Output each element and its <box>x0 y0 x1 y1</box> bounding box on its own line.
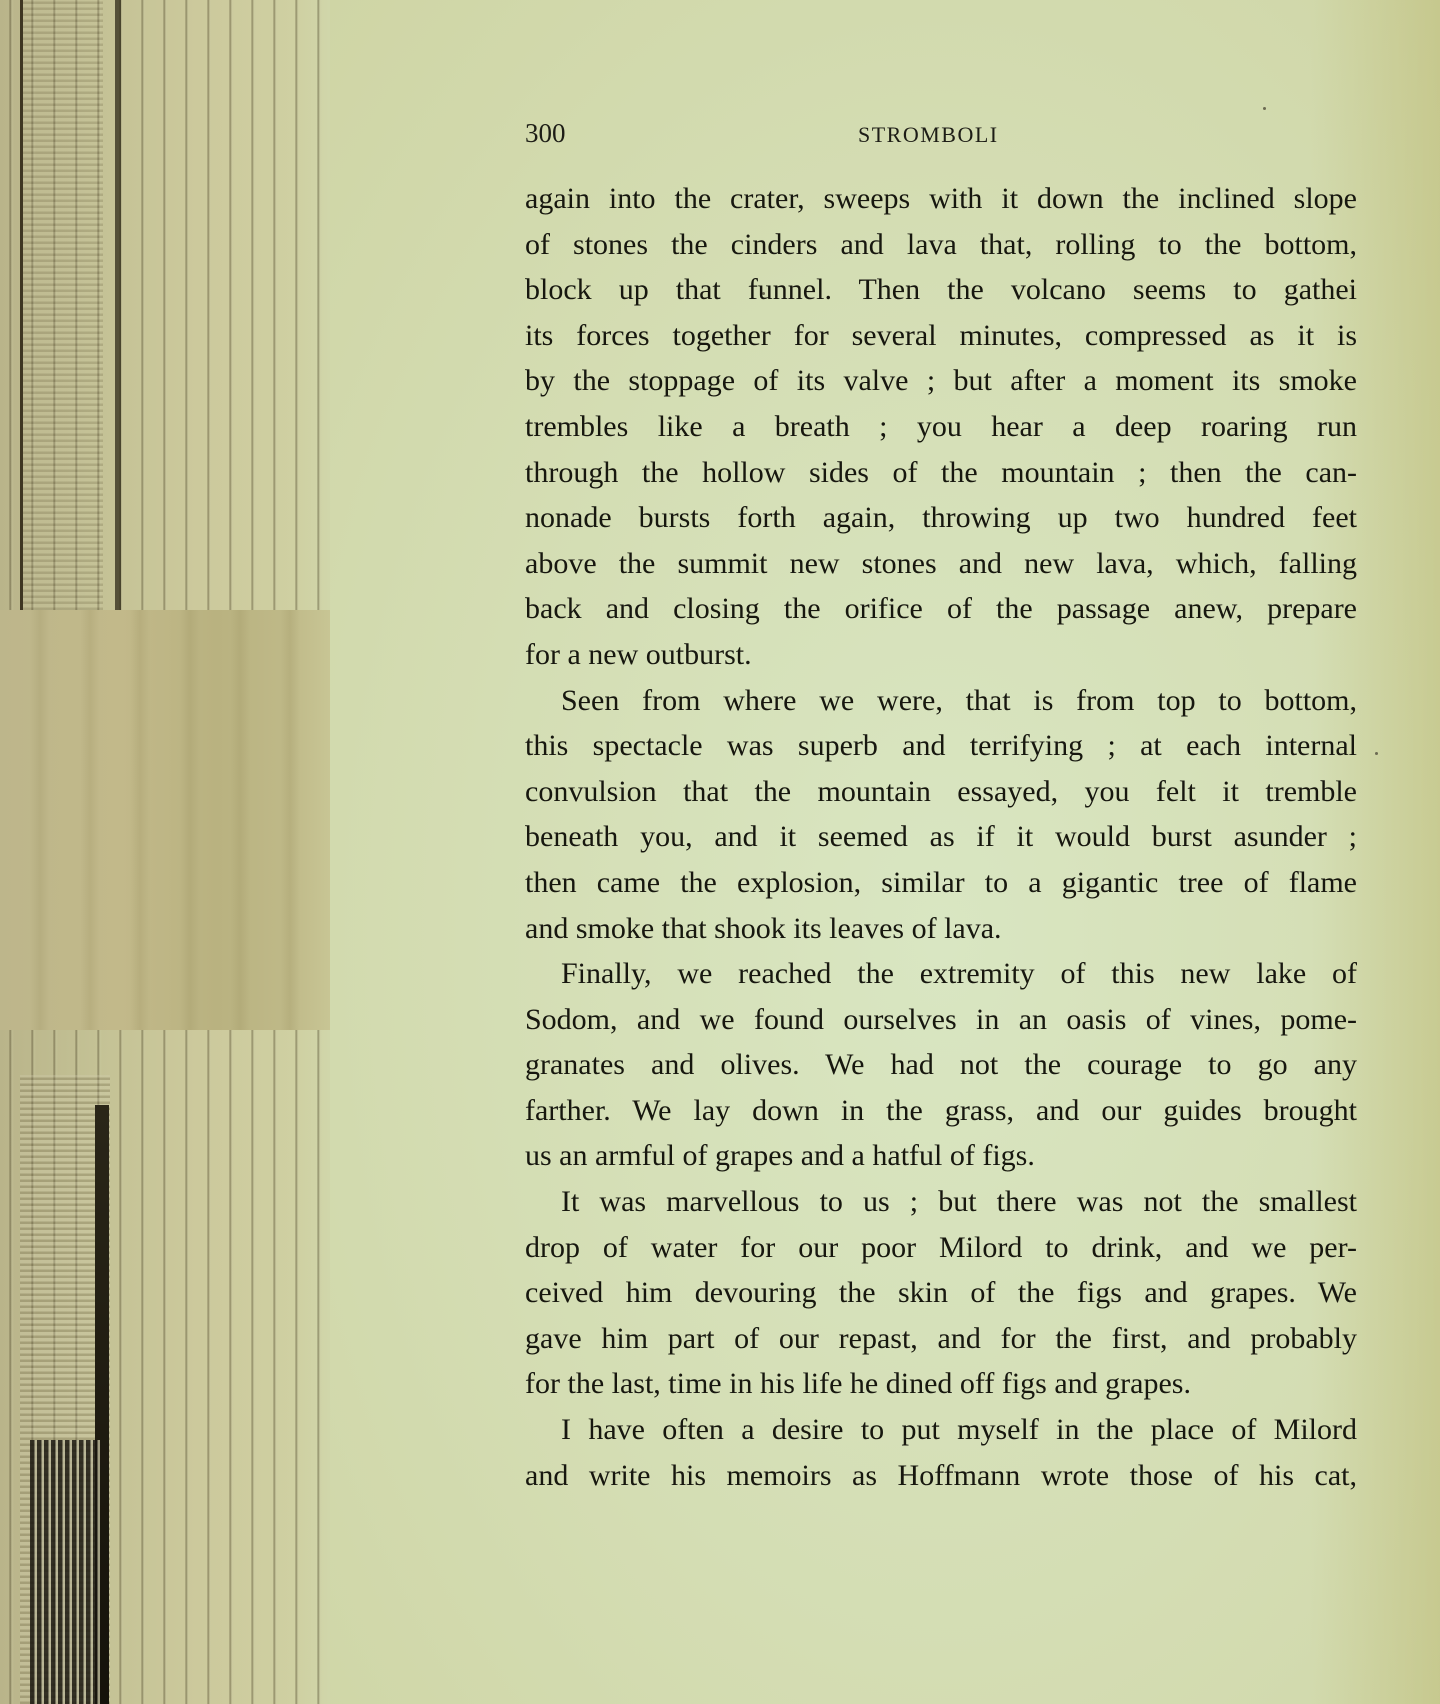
text-line: nonade bursts forth again, throwing up t… <box>525 495 1357 541</box>
text-line: block up that funnel. Then the volcano s… <box>525 267 1357 313</box>
text-line: for a new outburst. <box>525 632 1357 678</box>
page-edge-shadow-line <box>115 0 121 620</box>
paragraph-first-line: Finally, we reached the extremity of thi… <box>525 951 1357 997</box>
text-line: above the summit new stones and new lava… <box>525 541 1357 587</box>
text-line: gave him part of our repast, and for the… <box>525 1316 1357 1362</box>
paper-speck <box>1263 107 1266 110</box>
paragraph-first-line: It was marvellous to us ; but there was … <box>525 1179 1357 1225</box>
text-line: through the hollow sides of the mountain… <box>525 450 1357 496</box>
body-text: again into the crater, sweeps with it do… <box>525 176 1357 1498</box>
text-line: ceived him devouring the skin of the fig… <box>525 1270 1357 1316</box>
text-line: and smoke that shook its leaves of lava. <box>525 906 1357 952</box>
text-line: this spectacle was superb and terrifying… <box>525 723 1357 769</box>
text-line: beneath you, and it seemed as if it woul… <box>525 814 1357 860</box>
text-line: Sodom, and we found ourselves in an oasi… <box>525 997 1357 1043</box>
text-line: trembles like a breath ; you hear a deep… <box>525 404 1357 450</box>
text-line: and write his memoirs as Hoffmann wrote … <box>525 1453 1357 1499</box>
paper-speck <box>1375 752 1378 755</box>
paragraph-first-line: I have often a desire to put myself in t… <box>525 1407 1357 1453</box>
text-line: for the last, time in his life he dined … <box>525 1361 1357 1407</box>
page-edge-dark-corner <box>30 1440 100 1704</box>
text-line: its forces together for several minutes,… <box>525 313 1357 359</box>
text-line: then came the explosion, similar to a gi… <box>525 860 1357 906</box>
paragraph-first-line: Seen from where we were, that is from to… <box>525 678 1357 724</box>
text-line: us an armful of grapes and a hatful of f… <box>525 1133 1357 1179</box>
text-line: again into the crater, sweeps with it do… <box>525 176 1357 222</box>
text-line: farther. We lay down in the grass, and o… <box>525 1088 1357 1134</box>
text-line: drop of water for our poor Milord to dri… <box>525 1225 1357 1271</box>
text-line: by the stoppage of its valve ; but after… <box>525 358 1357 404</box>
text-line: granates and olives. We had not the cour… <box>525 1042 1357 1088</box>
text-line: convulsion that the mountain essayed, yo… <box>525 769 1357 815</box>
running-head: 300 STROMBOLI <box>525 118 1280 158</box>
chapter-title: STROMBOLI <box>858 122 999 148</box>
page-edge-band-top <box>20 0 103 610</box>
text-line: back and closing the orifice of the pass… <box>525 586 1357 632</box>
text-line: of stones the cinders and lava that, rol… <box>525 222 1357 268</box>
page-number: 300 <box>525 118 566 149</box>
